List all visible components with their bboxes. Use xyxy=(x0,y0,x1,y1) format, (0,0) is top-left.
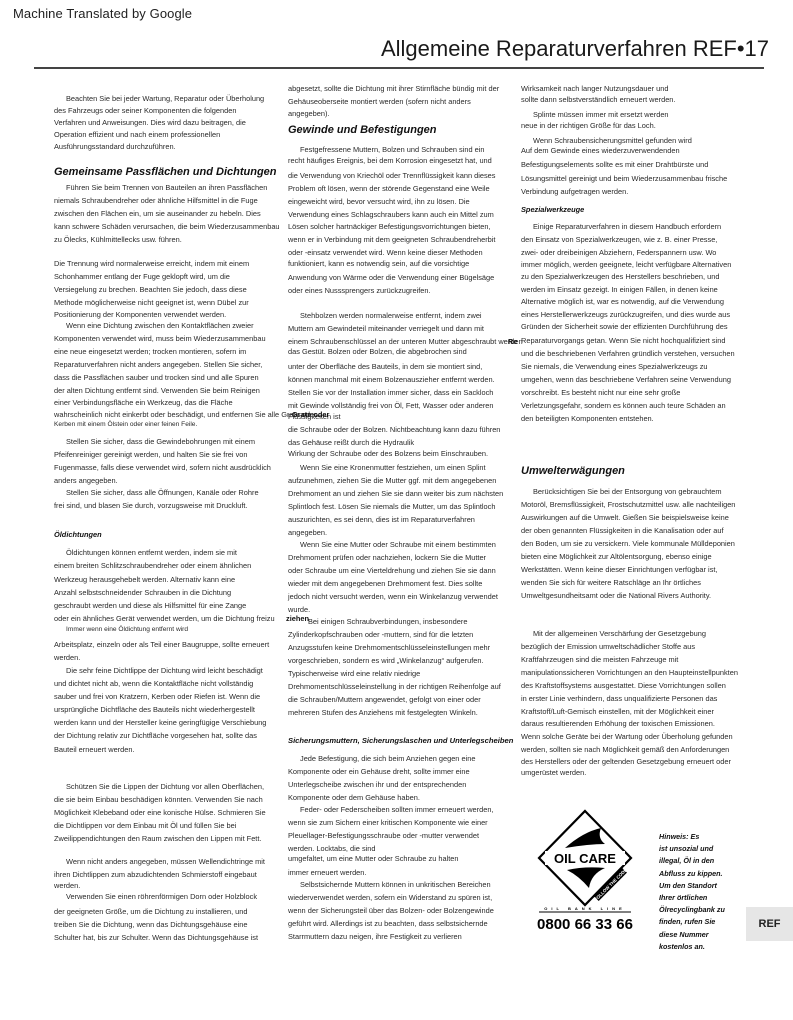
oil-care-logo: OIL CARE FOLLOW THE CODE OIL BANK LINE 0… xyxy=(535,808,635,938)
page-title: Allgemeine Reparaturverfahren REF•17 xyxy=(381,36,769,62)
text-line: niemals Schraubendreher oder ähnliche Hi… xyxy=(54,196,258,205)
text-line: des Kraftstoffsystems ausgestattet. Dies… xyxy=(521,681,726,690)
text-line: Befestigungselements sollte es mit einer… xyxy=(521,160,708,169)
text-line: oder -einsatz verwendet wird. Wenn keine… xyxy=(288,248,483,257)
text-line: Unterlegscheibe zwischen ihr und der ent… xyxy=(288,780,466,789)
text-line: die Schraube oder der Bolzen. Nichtbeach… xyxy=(288,425,500,434)
text-line: Komponente oder ein Gehäuse dreht, sollt… xyxy=(288,767,470,776)
text-line: Typischerweise wird eine relativ niedrig… xyxy=(288,669,420,678)
text-line: umgerüstet werden. xyxy=(521,768,586,777)
text-line: Stellen Sie sicher, dass die Gewindebohr… xyxy=(66,437,255,446)
text-line: des Herstellers oder der geltenden Geset… xyxy=(521,757,731,766)
text-line: Verfahren und Anweisungen. Dies wird daz… xyxy=(54,118,246,127)
text-line: das Gestüt. Bolzen oder Bolzen, die abge… xyxy=(288,347,467,356)
hint-line: illegal, Öl in den xyxy=(659,855,739,867)
text-line: Grate oder xyxy=(292,410,329,419)
text-line: zwischen den Flächen ein, um sie auseina… xyxy=(54,209,261,218)
text-line: Schützen Sie die Lippen der Dichtung vor… xyxy=(66,782,264,791)
text-line: Methode möglicherweise nicht geeignet is… xyxy=(54,298,249,307)
text-line: Ausführungsstandard durchzuführen. xyxy=(54,142,176,151)
text-line: werden kann und der Hersteller keine ger… xyxy=(54,718,266,727)
hint-line: finden, rufen Sie xyxy=(659,916,739,928)
text-line: ursprüngliche Dichtfläche des Bauteils n… xyxy=(54,705,255,714)
section-heading: Gewinde und Befestigungen xyxy=(288,124,437,137)
text-line: Wenn solche Geräte bei der Wartung oder … xyxy=(521,732,733,741)
text-line: abgesetzt, sollte die Dichtung mit ihrer… xyxy=(288,84,499,93)
text-line: aufzunehmen, ziehen Sie die Mutter ggf. … xyxy=(288,476,496,485)
text-line: Motoröl, Bremsflüssigkeit, Frostschutzmi… xyxy=(521,500,735,509)
text-line: Alternative möglich ist, war es notwendi… xyxy=(521,297,724,306)
text-line: Versiegelung zu brechen. Beachten Sie je… xyxy=(54,285,247,294)
text-line: wahrscheinlich nicht einkerbt oder besch… xyxy=(54,410,317,419)
text-line: wenden Sie sich für weitere Ratschläge a… xyxy=(521,578,701,587)
text-line: werden, sollten sie nach Möglichkeit gem… xyxy=(521,745,729,754)
text-line: Gehäuseoberseite montiert werden (sofern… xyxy=(288,97,471,106)
text-line: Führen Sie beim Trennen von Bauteilen an… xyxy=(66,183,267,192)
text-line: oder eines Nusssprengers zurückzugreifen… xyxy=(288,286,431,295)
text-line: vorschreibt. Es besteht nicht nur eine s… xyxy=(521,388,680,397)
text-line: Berücksichtigen Sie bei der Entsorgung v… xyxy=(533,487,722,496)
text-line: Fugenmasse, falls diese verwendet wird, … xyxy=(54,463,271,472)
text-line: Kraftfahrzeugen sind die meisten Fahrzeu… xyxy=(521,655,678,664)
text-line: wenn der Sicherungsteil über das Bolzen-… xyxy=(288,906,494,915)
text-line: Bauteil erneuert werden. xyxy=(54,745,135,754)
section-heading: Öldichtungen xyxy=(54,530,102,539)
hint-line: Ölrecyclingbank zu xyxy=(659,904,739,916)
text-line: Zweilippendichtungen den Raum zwischen d… xyxy=(54,834,261,843)
text-line: in erster Linie verhindern, dass unquali… xyxy=(521,694,717,703)
text-line: Die sehr feine Dichtlippe der Dichtung w… xyxy=(66,666,263,675)
svg-text:OIL CARE: OIL CARE xyxy=(554,851,616,866)
text-line: werden im Einsatz gezeigt. In einigen Fä… xyxy=(521,285,718,294)
text-line: einem breiten Schlitzschraubendreher ode… xyxy=(54,561,251,570)
text-line: auszurichten, es sei denn, dies ist im R… xyxy=(288,515,475,524)
hint-line: Hinweis: Es xyxy=(659,831,739,843)
oil-care-diamond-icon: OIL CARE FOLLOW THE CODE OIL BANK LINE 0… xyxy=(535,808,635,938)
text-line: ziehen xyxy=(286,614,309,623)
text-line: geführt wird. Allerdings ist zu beachten… xyxy=(288,919,488,928)
text-line: anders angegeben. xyxy=(54,476,118,485)
text-line: Öldichtungen können entfernt werden, ind… xyxy=(66,548,237,557)
text-line: Werkzeug herausgehebelt werden. Alternat… xyxy=(54,575,235,584)
text-line: Verwenden Sie einen röhrenförmigen Dorn … xyxy=(66,892,257,901)
text-line: Re xyxy=(508,337,517,346)
text-line: Drehmomentschlüsseleinstellung in der ri… xyxy=(288,682,501,691)
text-line: einem Schraubenschlüssel an der unteren … xyxy=(288,337,523,346)
text-line: funktioniert, kann es notwendig sein, au… xyxy=(288,259,469,268)
text-line: unter der Oberfläche des Bauteils, in de… xyxy=(288,362,482,371)
text-line: Schonhammer entlang der Fuge geklopft wi… xyxy=(54,272,230,281)
section-heading: Umwelterwägungen xyxy=(521,465,625,478)
text-line: ihren Dichtlippen zum abzudichtenden Sch… xyxy=(54,870,257,879)
text-line: oder ein ähnliches Gerät verwendet werde… xyxy=(54,614,275,623)
text-line: Anwendung von Wärme oder die Verwendung … xyxy=(288,273,494,282)
text-line: Anzahl selbstschneidender Schrauben in d… xyxy=(54,588,231,597)
text-line: Kerben mit einem Ölstein oder einer fein… xyxy=(54,420,197,429)
text-line: Komponenten verwendet wird, muss beim Wi… xyxy=(54,334,266,343)
text-line: wenn er in Verbindung mit dem geeigneten… xyxy=(288,235,496,244)
text-line: Jede Befestigung, die sich beim Anziehen… xyxy=(300,754,475,763)
hint-line: Abfluss zu kippen. xyxy=(659,868,739,880)
text-line: die Dichtlippen vor dem Einbau mit Öl un… xyxy=(54,821,236,830)
text-line: mehreren Stufen des Anziehens mit festge… xyxy=(288,708,478,717)
text-line: Lösungsmittel gereinigt und beim Wiederz… xyxy=(521,174,727,183)
text-line: umgefaltet, um eine Mutter oder Schraube… xyxy=(288,854,459,863)
text-line: dass die Passflächen sauber und trocken … xyxy=(54,373,259,382)
text-line: umgehen, wenn das beschriebene Verfahren… xyxy=(521,375,731,384)
text-line: immer erneuert werden. xyxy=(288,868,366,877)
text-line: sauber und frei von Kratzern, Kerben ode… xyxy=(54,692,260,701)
text-line: der Dichtung relativ zur Dichtfläche vor… xyxy=(54,731,257,740)
text-line: Verletzungsgefahr, sondern es können auc… xyxy=(521,401,726,410)
text-line: Umweltgesundheitsamt oder die National R… xyxy=(521,591,711,600)
text-line: Zylinderkopfschrauben oder -muttern, sin… xyxy=(288,630,473,639)
text-line: Die Trennung wird normalerweise erreicht… xyxy=(54,259,249,268)
text-line: eines Herstellerwerkzeugs zurückzugreife… xyxy=(521,310,730,319)
text-line: geschraubt werden und diese als Hilfsmit… xyxy=(54,601,246,610)
text-line: Selbstsichernde Muttern können in unkrit… xyxy=(300,880,491,889)
text-line: Bei einigen Schraubverbindungen, insbeso… xyxy=(308,617,467,626)
text-line: angegeben. xyxy=(288,528,327,537)
text-line: vorgeschrieben, sondern es wird „Winkela… xyxy=(288,656,484,665)
text-line: Mit der allgemeinen Verschärfung der Ges… xyxy=(533,629,706,638)
oil-disposal-hint: Hinweis: Es ist unsozial und illegal, Öl… xyxy=(659,831,739,953)
text-line: Stellen Sie sicher, dass alle Öffnungen,… xyxy=(66,488,259,497)
text-line: Kraftstoff/Luft-Gemisch einstellen, mit … xyxy=(521,707,714,716)
text-line: das Gehäuse reißt durch die Hydraulik xyxy=(288,438,414,447)
text-line: Immer wenn eine Öldichtung entfernt wird xyxy=(66,625,188,634)
text-line: die sie beim Einbau beschädigen könnten.… xyxy=(54,795,263,804)
text-line: oder Schraube um eine Vierteldrehung und… xyxy=(288,566,496,575)
text-line: Wirksamkeit nach langer Nutzungsdauer un… xyxy=(521,84,668,93)
text-line: Stehbolzen werden normalerweise entfernt… xyxy=(300,311,482,320)
text-line: Wenn Sie eine Mutter oder Schraube mit e… xyxy=(300,540,496,549)
text-line: Drehmoment prüfen oder nachziehen, locke… xyxy=(288,553,486,562)
text-line: den Boden, um sie zu versickern. Viele k… xyxy=(521,539,735,548)
text-line: recht häufiges Ereignis, bei dem Korrosi… xyxy=(288,156,492,165)
text-line: zwei- oder dreibeinigen Abziehern, Feder… xyxy=(521,248,716,257)
text-line: einer Verbindungsfläche ein Werkzeug, da… xyxy=(54,398,233,407)
text-line: Wenn Sie eine Kronenmutter festziehen, u… xyxy=(300,463,486,472)
hint-line: Ihrer örtlichen xyxy=(659,892,739,904)
text-line: Verwendung eines Schlagschraubers kann a… xyxy=(288,210,494,219)
text-line: Schulter hat, bis zur Schulter. Wenn das… xyxy=(54,933,258,942)
text-line: wiederverwendet werden, sofern ein Wider… xyxy=(288,893,492,902)
text-line: wurde. xyxy=(288,605,310,614)
text-line: Splinte müssen immer mit ersetzt werden xyxy=(533,110,669,119)
text-line: Reparaturvorgangs getan. Wenn Sie nicht … xyxy=(521,336,725,345)
text-line: Komponente oder dem Gehäuse haben. xyxy=(288,793,420,802)
text-line: Anzugsstufen keine Drehmomentschlüsselei… xyxy=(288,643,490,652)
text-line: Stellen Sie vor der Installation immer s… xyxy=(288,388,493,397)
text-line: Splintloch fest. Lösen Sie niemals die M… xyxy=(288,502,495,511)
text-line: Wenn Schraubensicherungsmittel gefunden … xyxy=(533,136,692,145)
text-line: eingeweicht wird, bevor versucht wird, i… xyxy=(288,197,470,206)
text-line: immer möglich, werden geeignete, leicht … xyxy=(521,260,731,269)
text-line: Reparaturverfahren nicht anders angegebe… xyxy=(54,360,262,369)
text-line: zu den Spezialwerkzeugen des Herstellers… xyxy=(521,272,719,281)
text-line: wieder mit dem angegebenen Drehmoment fe… xyxy=(288,579,482,588)
text-line: Beachten Sie bei jeder Wartung, Reparatu… xyxy=(66,94,264,103)
text-line: Wenn eine Dichtung zwischen den Kontaktf… xyxy=(66,321,254,330)
text-line: den Einsatz von Spezialwerkzeugen, wie z… xyxy=(521,235,717,244)
text-line: Auf dem Gewinde eines wiederzuverwendend… xyxy=(521,146,680,155)
text-line: werden. Locktabs, die sind xyxy=(288,844,376,853)
text-line: können manchmal mit einem Bolzenausziehe… xyxy=(288,375,495,384)
text-line: Arbeitsplatz, einzeln oder als Teil eine… xyxy=(54,640,269,649)
svg-text:0800 66 33 66: 0800 66 33 66 xyxy=(537,916,633,933)
text-line: wenn sie zum Sichern einer kritischen Ko… xyxy=(288,818,488,827)
text-line: der geeigneten Größe, um die Dichtung zu… xyxy=(54,907,248,916)
machine-translation-banner: Machine Translated by Google xyxy=(13,6,192,21)
text-line: Problem oft lösen, wenn der störende Geg… xyxy=(288,184,490,193)
text-line: Verbindung aufgetragen werden. xyxy=(521,187,628,196)
hint-line: ist unsozial und xyxy=(659,843,739,855)
hint-line: diese Nummer xyxy=(659,929,739,941)
ref-section-tab[interactable]: REF xyxy=(746,907,793,941)
section-heading: Gemeinsame Passflächen und Dichtungen xyxy=(54,166,277,179)
text-line: sollte dann selbstverständlich erneuert … xyxy=(521,95,675,104)
text-line: Feder- oder Federscheiben sollten immer … xyxy=(300,805,493,814)
text-line: Wirkung der Schraube oder des Bolzens be… xyxy=(288,449,488,458)
text-line: jedoch nicht versucht werden, wenn ein W… xyxy=(288,592,498,601)
text-line: werden. xyxy=(54,881,80,890)
text-line: frei sind, und blasen Sie durch, vorzugs… xyxy=(54,501,247,510)
text-line: werden. xyxy=(54,653,80,662)
title-divider xyxy=(34,67,764,69)
text-line: manipulationssicheren Vorrichtungen an d… xyxy=(521,668,738,677)
text-line: Muttern am Gewindeteil miteinander verri… xyxy=(288,324,484,333)
text-line: treiben Sie die Dichtung, wenn das Dicht… xyxy=(54,920,248,929)
ref-tab-label: REF xyxy=(759,918,781,930)
text-line: die Verwendung von Kriechöl oder Trennfl… xyxy=(288,171,495,180)
text-line: Gründen der Sicherheit sowie der effizie… xyxy=(521,322,728,331)
text-line: kann schwere Schäden verursachen, die be… xyxy=(54,222,280,231)
hint-line: Um den Standort xyxy=(659,880,739,892)
section-heading: Sicherungsmuttern, Sicherungslaschen und… xyxy=(288,736,513,746)
text-line: den beteiligten Komponenten entstehen. xyxy=(521,414,654,423)
text-line: daraus resultierenden Erhöhung der toxis… xyxy=(521,719,715,728)
text-line: eine neue eingesetzt werden; trocken mon… xyxy=(54,347,246,356)
text-line: der alten Dichtung entfernt sind. Verwen… xyxy=(54,386,260,395)
section-heading: Spezialwerkzeuge xyxy=(521,205,584,214)
text-line: Positionierung der Komponenten verwendet… xyxy=(54,310,226,319)
text-line: Pfeifenreiniger gereinigt werden, und ha… xyxy=(54,450,248,459)
text-line: Wenn nicht anders angegeben, müssen Well… xyxy=(66,857,265,866)
text-line: die Schrauben/Muttern angewendet, gefolg… xyxy=(288,695,481,704)
text-line: Operation effizient und nach einem profe… xyxy=(54,130,220,139)
text-line: Werkstätten. Wenn keine dieser Einrichtu… xyxy=(521,565,718,574)
text-line: Festgefressene Muttern, Bolzen und Schra… xyxy=(300,145,484,154)
text-line: der oben genannten Flüssigkeiten in die … xyxy=(521,526,724,535)
text-line: Drehmoment an und ziehen Sie sie dann we… xyxy=(288,489,503,498)
text-line: mit Gewinde vollständig frei von Öl, Fet… xyxy=(288,401,494,410)
text-line: Starrmuttern dazu neigen, ihre Festigkei… xyxy=(288,932,462,941)
text-line: Pleuellager-Befestigungsschraube oder -m… xyxy=(288,831,479,840)
svg-text:OIL BANK LINE: OIL BANK LINE xyxy=(544,906,625,911)
text-line: bieten eine Möglichkeit zur Altölentsorg… xyxy=(521,552,712,561)
text-line: Möglichkeit Klebeband oder eine konische… xyxy=(54,808,266,817)
text-line: Lösen solcher hartnäckiger Befestigungsv… xyxy=(288,222,491,231)
text-line: und die beschriebenen Verfahren gründlic… xyxy=(521,349,735,358)
text-line: angegeben). xyxy=(288,109,330,118)
text-line: Einige Reparaturverfahren in diesem Hand… xyxy=(533,222,721,231)
text-line: bezüglich der Emission umweltschädlicher… xyxy=(521,642,695,651)
text-line: und dichtet nicht ab, wenn die Kontaktfl… xyxy=(54,679,253,688)
text-line: zu Ölecks, Kühlmittellecks usw. führen. xyxy=(54,235,182,244)
text-line: neue in der richtigen Größe für das Loch… xyxy=(521,121,656,130)
text-line: Auswirkungen auf die Umwelt. Gießen Sie … xyxy=(521,513,729,522)
text-line: des Fahrzeugs oder seiner Komponenten di… xyxy=(54,106,236,115)
hint-line: kostenlos an. xyxy=(659,941,739,953)
text-line: Sie niemals, die Verwendung eines Spezia… xyxy=(521,362,708,371)
